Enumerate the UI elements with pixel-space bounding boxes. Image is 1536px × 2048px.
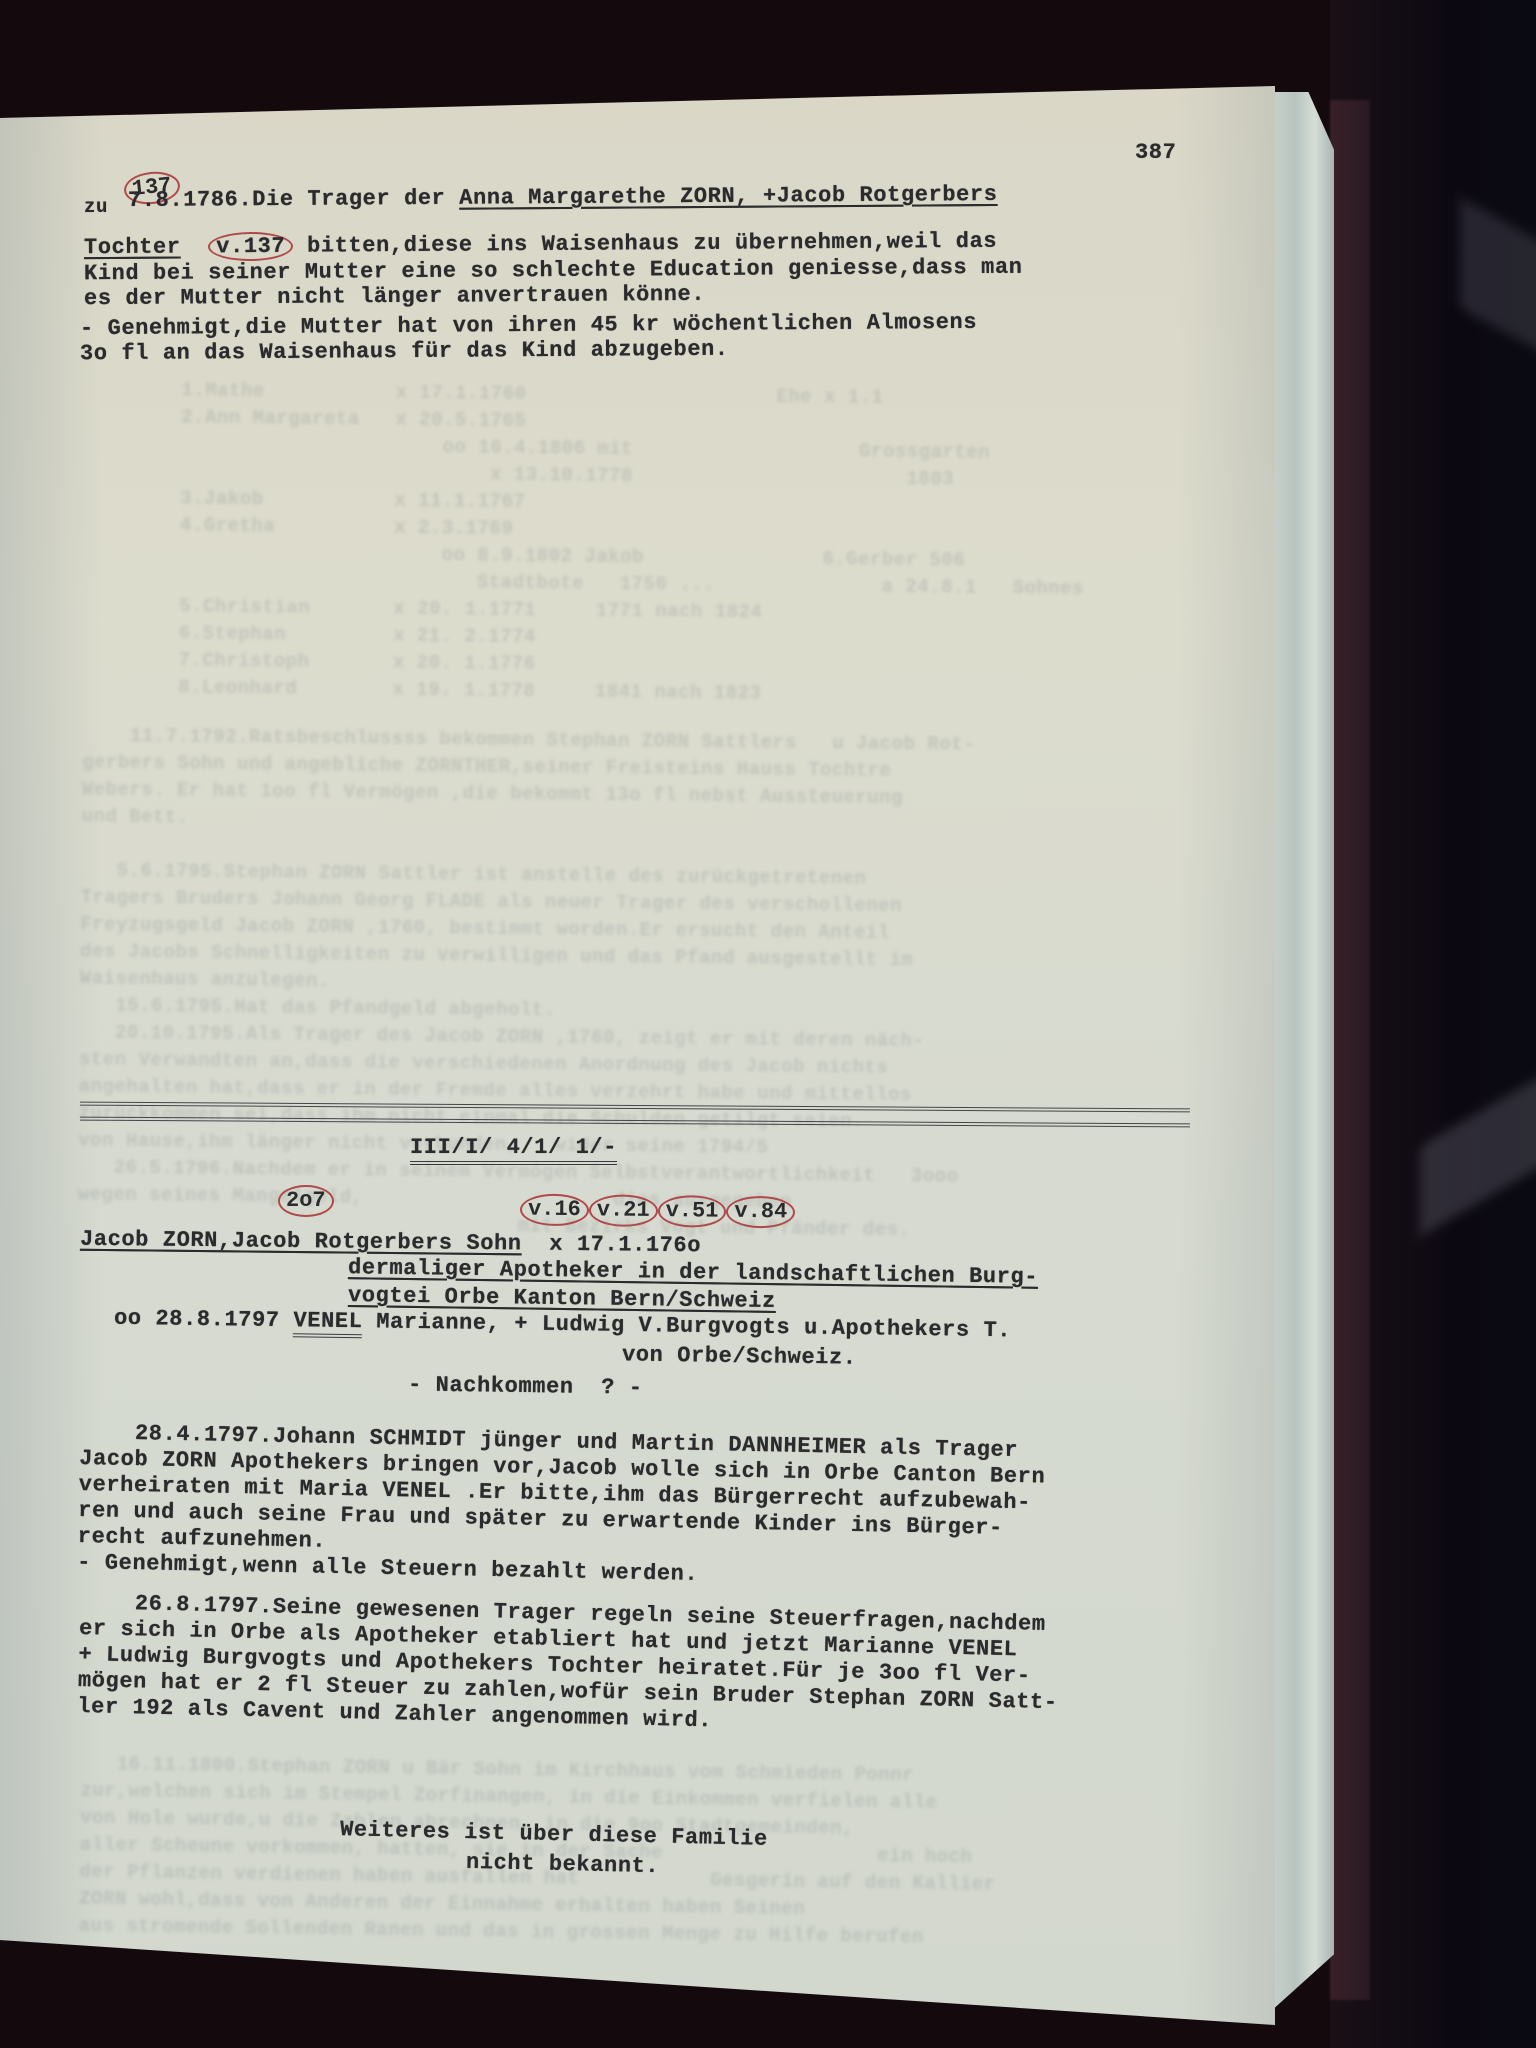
- entry-1-line-6: 3o fl an das Waisenhaus für das Kind abz…: [80, 337, 729, 368]
- descendants-note: - Nachkommen ? -: [408, 1372, 643, 1401]
- entry-1-text: bitten,diese ins Waisenhaus zu übernehme…: [293, 229, 997, 259]
- cross-ref-v51: v.51: [657, 1195, 726, 1228]
- paragraph-1: 28.4.1797.Johann SCHMIDT jünger und Mart…: [77, 1420, 1046, 1595]
- section-code: III/I/ 4/1/ 1/-: [410, 1135, 617, 1165]
- spouse-surname: VENEL: [293, 1308, 362, 1338]
- page-number: 387: [1135, 140, 1176, 166]
- cross-ref-v84: v.84: [726, 1196, 795, 1229]
- person-name: Jacob ZORN,Jacob Rotgerbers Sohn: [80, 1227, 522, 1257]
- cross-ref-v16: v.16: [520, 1194, 589, 1227]
- marriage-date: oo 28.8.1797: [114, 1306, 294, 1334]
- underlined-tochter: Tochter: [84, 235, 181, 261]
- bleed-through-text: 1.Mathe x 17.1.1760 Ehe x 1.1 2.Ann Marg…: [178, 350, 1086, 710]
- cross-ref-v21: v.21: [589, 1194, 658, 1227]
- entry-1-line-4: es der Mutter nicht länger anvertrauen k…: [84, 282, 705, 312]
- underlined-name: Anna Margarethe ZORN, +Jacob Rotgerbers: [459, 182, 997, 211]
- spouse-origin: von Orbe/Schweiz.: [622, 1342, 857, 1371]
- book-cover-edge: [1330, 100, 1370, 2000]
- birth-date: x 17.1.176o: [549, 1232, 701, 1259]
- entry-1-date-text: 7.8.1786.Die Trager der: [128, 186, 459, 213]
- paragraph-2: 26.8.1797.Seine gewesenen Trager regeln …: [77, 1590, 1060, 1742]
- circled-ref: v.137: [208, 232, 293, 262]
- circled-ref: 2o7: [278, 1185, 334, 1217]
- cross-refs: v.16 v.21 v.51 v.84: [520, 1194, 796, 1229]
- zu-prefix: zu: [84, 194, 108, 220]
- closing-line-2: nicht bekannt.: [466, 1850, 660, 1880]
- page-stack-edge: [1270, 92, 1334, 2012]
